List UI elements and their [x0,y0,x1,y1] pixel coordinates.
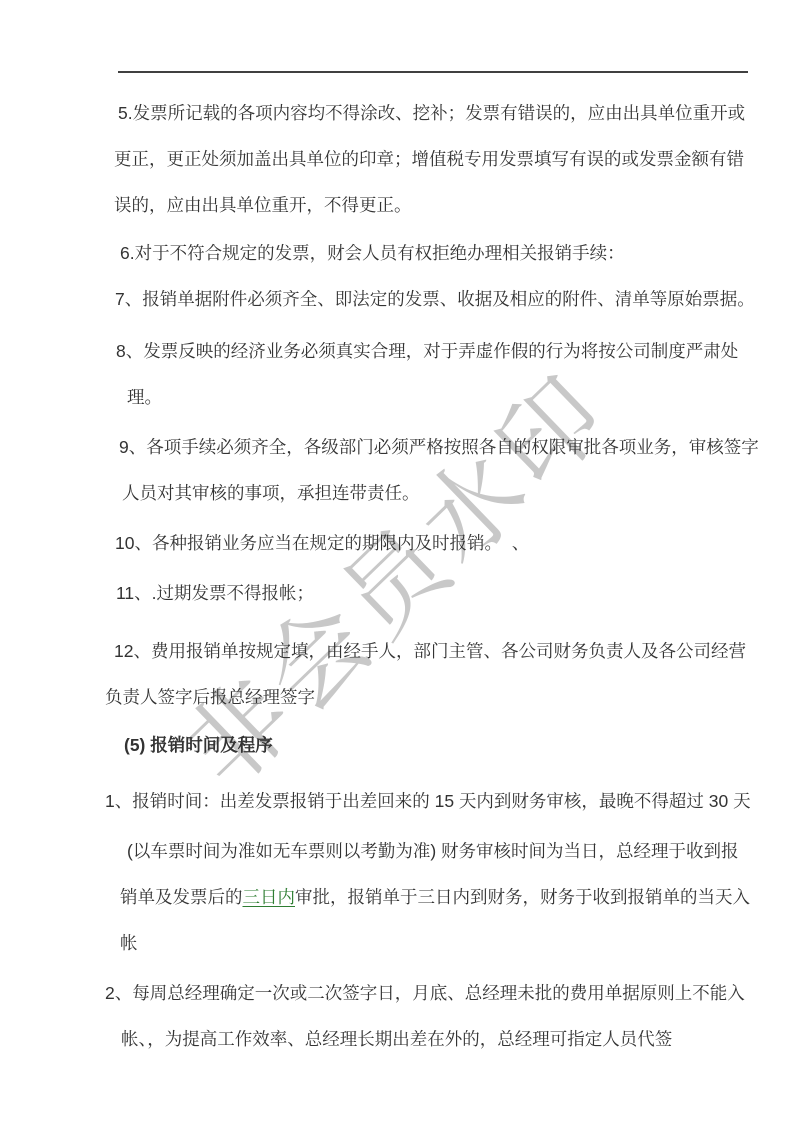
text-segment: 12、费用报销单按规定填，由经手人，部门主管、各公司财务负责人及各公司经营 [114,641,746,661]
text-line: 帐、，为提高工作效率、总经理长期出差在外的，总经理可指定人员代签 [121,1027,672,1051]
text-line: 误的，应由出具单位重开，不得更正。 [114,193,412,217]
document-page: 非会员水印 5.发票所记载的各项内容均不得涂改、挖补；发票有错误的，应由出具单位… [0,0,800,1131]
text-segment: 6.对于不符合规定的发票，财会人员有权拒绝办理相关报销手续： [120,243,625,263]
text-segment: 误的，应由出具单位重开，不得更正。 [114,195,412,215]
text-line: (5) 报销时间及程序 [124,733,273,757]
text-segment: 更正，更正处须加盖出具单位的印章；增值税专用发票填写有误的或发票金额有错 [114,149,744,169]
text-line: 9、各项手续必须齐全，各级部门必须严格按照各自的权限审批各项业务，审核签字 [119,435,759,459]
text-line: 12、费用报销单按规定填，由经手人，部门主管、各公司财务负责人及各公司经营 [114,639,746,663]
text-line: 理。 [127,385,162,409]
text-line: 11、.过期发票不得报帐； [116,581,314,605]
text-line: 10、各种报销业务应当在规定的期限内及时报销。 、 [115,531,529,555]
text-segment: 2、每周总经理确定一次或二次签字日，月底、总经理未批的费用单据原则上不能入 [105,983,745,1003]
text-segment: 帐、，为提高工作效率、总经理长期出差在外的，总经理可指定人员代签 [121,1029,672,1049]
text-segment: 人员对其审核的事项，承担连带责任。 [122,483,420,503]
text-segment: (5) 报销时间及程序 [124,735,273,755]
text-line: 2、每周总经理确定一次或二次签字日，月底、总经理未批的费用单据原则上不能入 [105,981,745,1005]
text-segment: 负责人签字后报总经理签字 [105,687,315,707]
green-highlight-text: 三日内 [243,887,296,907]
text-segment: 帐 [120,933,138,953]
text-segment: 5.发票所记载的各项内容均不得涂改、挖补；发票有错误的，应由出具单位重开或 [118,103,745,123]
text-line: 8、发票反映的经济业务必须真实合理，对于弄虚作假的行为将按公司制度严肃处 [116,339,738,363]
text-segment: (以车票时间为准如无车票则以考勤为准) 财务审核时间为当日，总经理于收到报 [127,841,739,861]
text-segment: 1、报销时间：出差发票报销于出差回来的 15 天内到财务审核，最晚不得超过 30… [105,791,751,811]
text-segment: 审批，报销单于三日内到财务，财务于收到报销单的当天入 [295,887,750,907]
text-segment: 8、发票反映的经济业务必须真实合理，对于弄虚作假的行为将按公司制度严肃处 [116,341,738,361]
text-line: 负责人签字后报总经理签字 [105,685,315,709]
text-segment: 7、报销单据附件必须齐全、即法定的发票、收据及相应的附件、清单等原始票据。 [115,289,755,309]
text-segment: 11、.过期发票不得报帐； [116,583,314,603]
text-segment: 销单及发票后的 [120,887,243,907]
text-line: (以车票时间为准如无车票则以考勤为准) 财务审核时间为当日，总经理于收到报 [127,839,739,863]
text-line: 帐 [120,931,138,955]
text-line: 销单及发票后的三日内审批，报销单于三日内到财务，财务于收到报销单的当天入 [120,885,750,909]
text-segment: 10、各种报销业务应当在规定的期限内及时报销。 、 [115,533,529,553]
text-line: 7、报销单据附件必须齐全、即法定的发票、收据及相应的附件、清单等原始票据。 [115,287,755,311]
document-body: 5.发票所记载的各项内容均不得涂改、挖补；发票有错误的，应由出具单位重开或更正，… [0,0,800,1131]
text-segment: 9、各项手续必须齐全，各级部门必须严格按照各自的权限审批各项业务，审核签字 [119,437,759,457]
text-line: 人员对其审核的事项，承担连带责任。 [122,481,420,505]
text-line: 更正，更正处须加盖出具单位的印章；增值税专用发票填写有误的或发票金额有错 [114,147,744,171]
text-line: 1、报销时间：出差发票报销于出差回来的 15 天内到财务审核，最晚不得超过 30… [105,789,751,813]
text-line: 6.对于不符合规定的发票，财会人员有权拒绝办理相关报销手续： [120,241,625,265]
text-line: 5.发票所记载的各项内容均不得涂改、挖补；发票有错误的，应由出具单位重开或 [118,101,745,125]
text-segment: 理。 [127,387,162,407]
